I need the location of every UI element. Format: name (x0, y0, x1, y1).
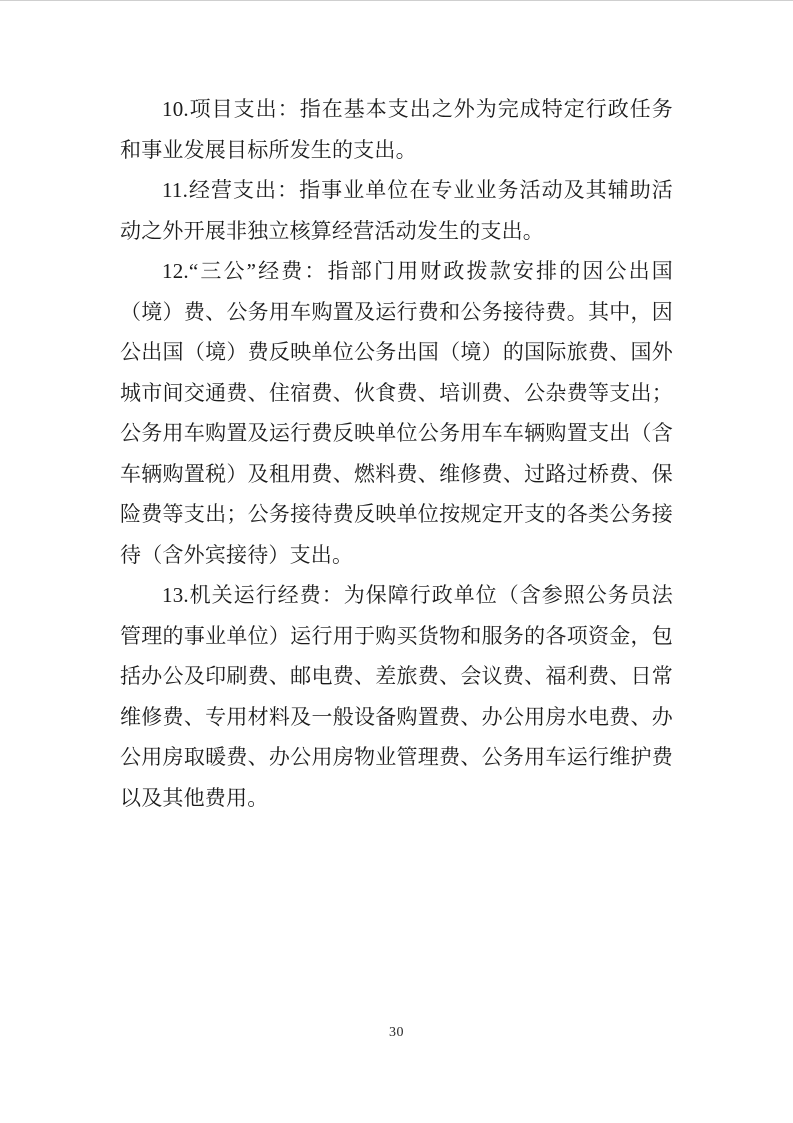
paragraph-10-project-expenditure: 10.项目支出：指在基本支出之外为完成特定行政任务和事业发展目标所发生的支出。 (120, 89, 673, 170)
paragraph-11-operating-expenditure: 11.经营支出：指事业单位在专业业务活动及其辅助活动之外开展非独立核算经营活动发… (120, 170, 673, 251)
paragraph-12-three-public-funds: 12.“三公”经费：指部门用财政拨款安排的因公出国（境）费、公务用车购置及运行费… (120, 251, 673, 575)
page-footer: 30 (0, 1023, 793, 1041)
document-page: 10.项目支出：指在基本支出之外为完成特定行政任务和事业发展目标所发生的支出。 … (0, 0, 793, 1123)
page-number: 30 (389, 1025, 404, 1040)
paragraph-13-agency-operation-funds: 13.机关运行经费：为保障行政单位（含参照公务员法管理的事业单位）运行用于购买货… (120, 575, 673, 818)
document-body: 10.项目支出：指在基本支出之外为完成特定行政任务和事业发展目标所发生的支出。 … (120, 89, 673, 818)
